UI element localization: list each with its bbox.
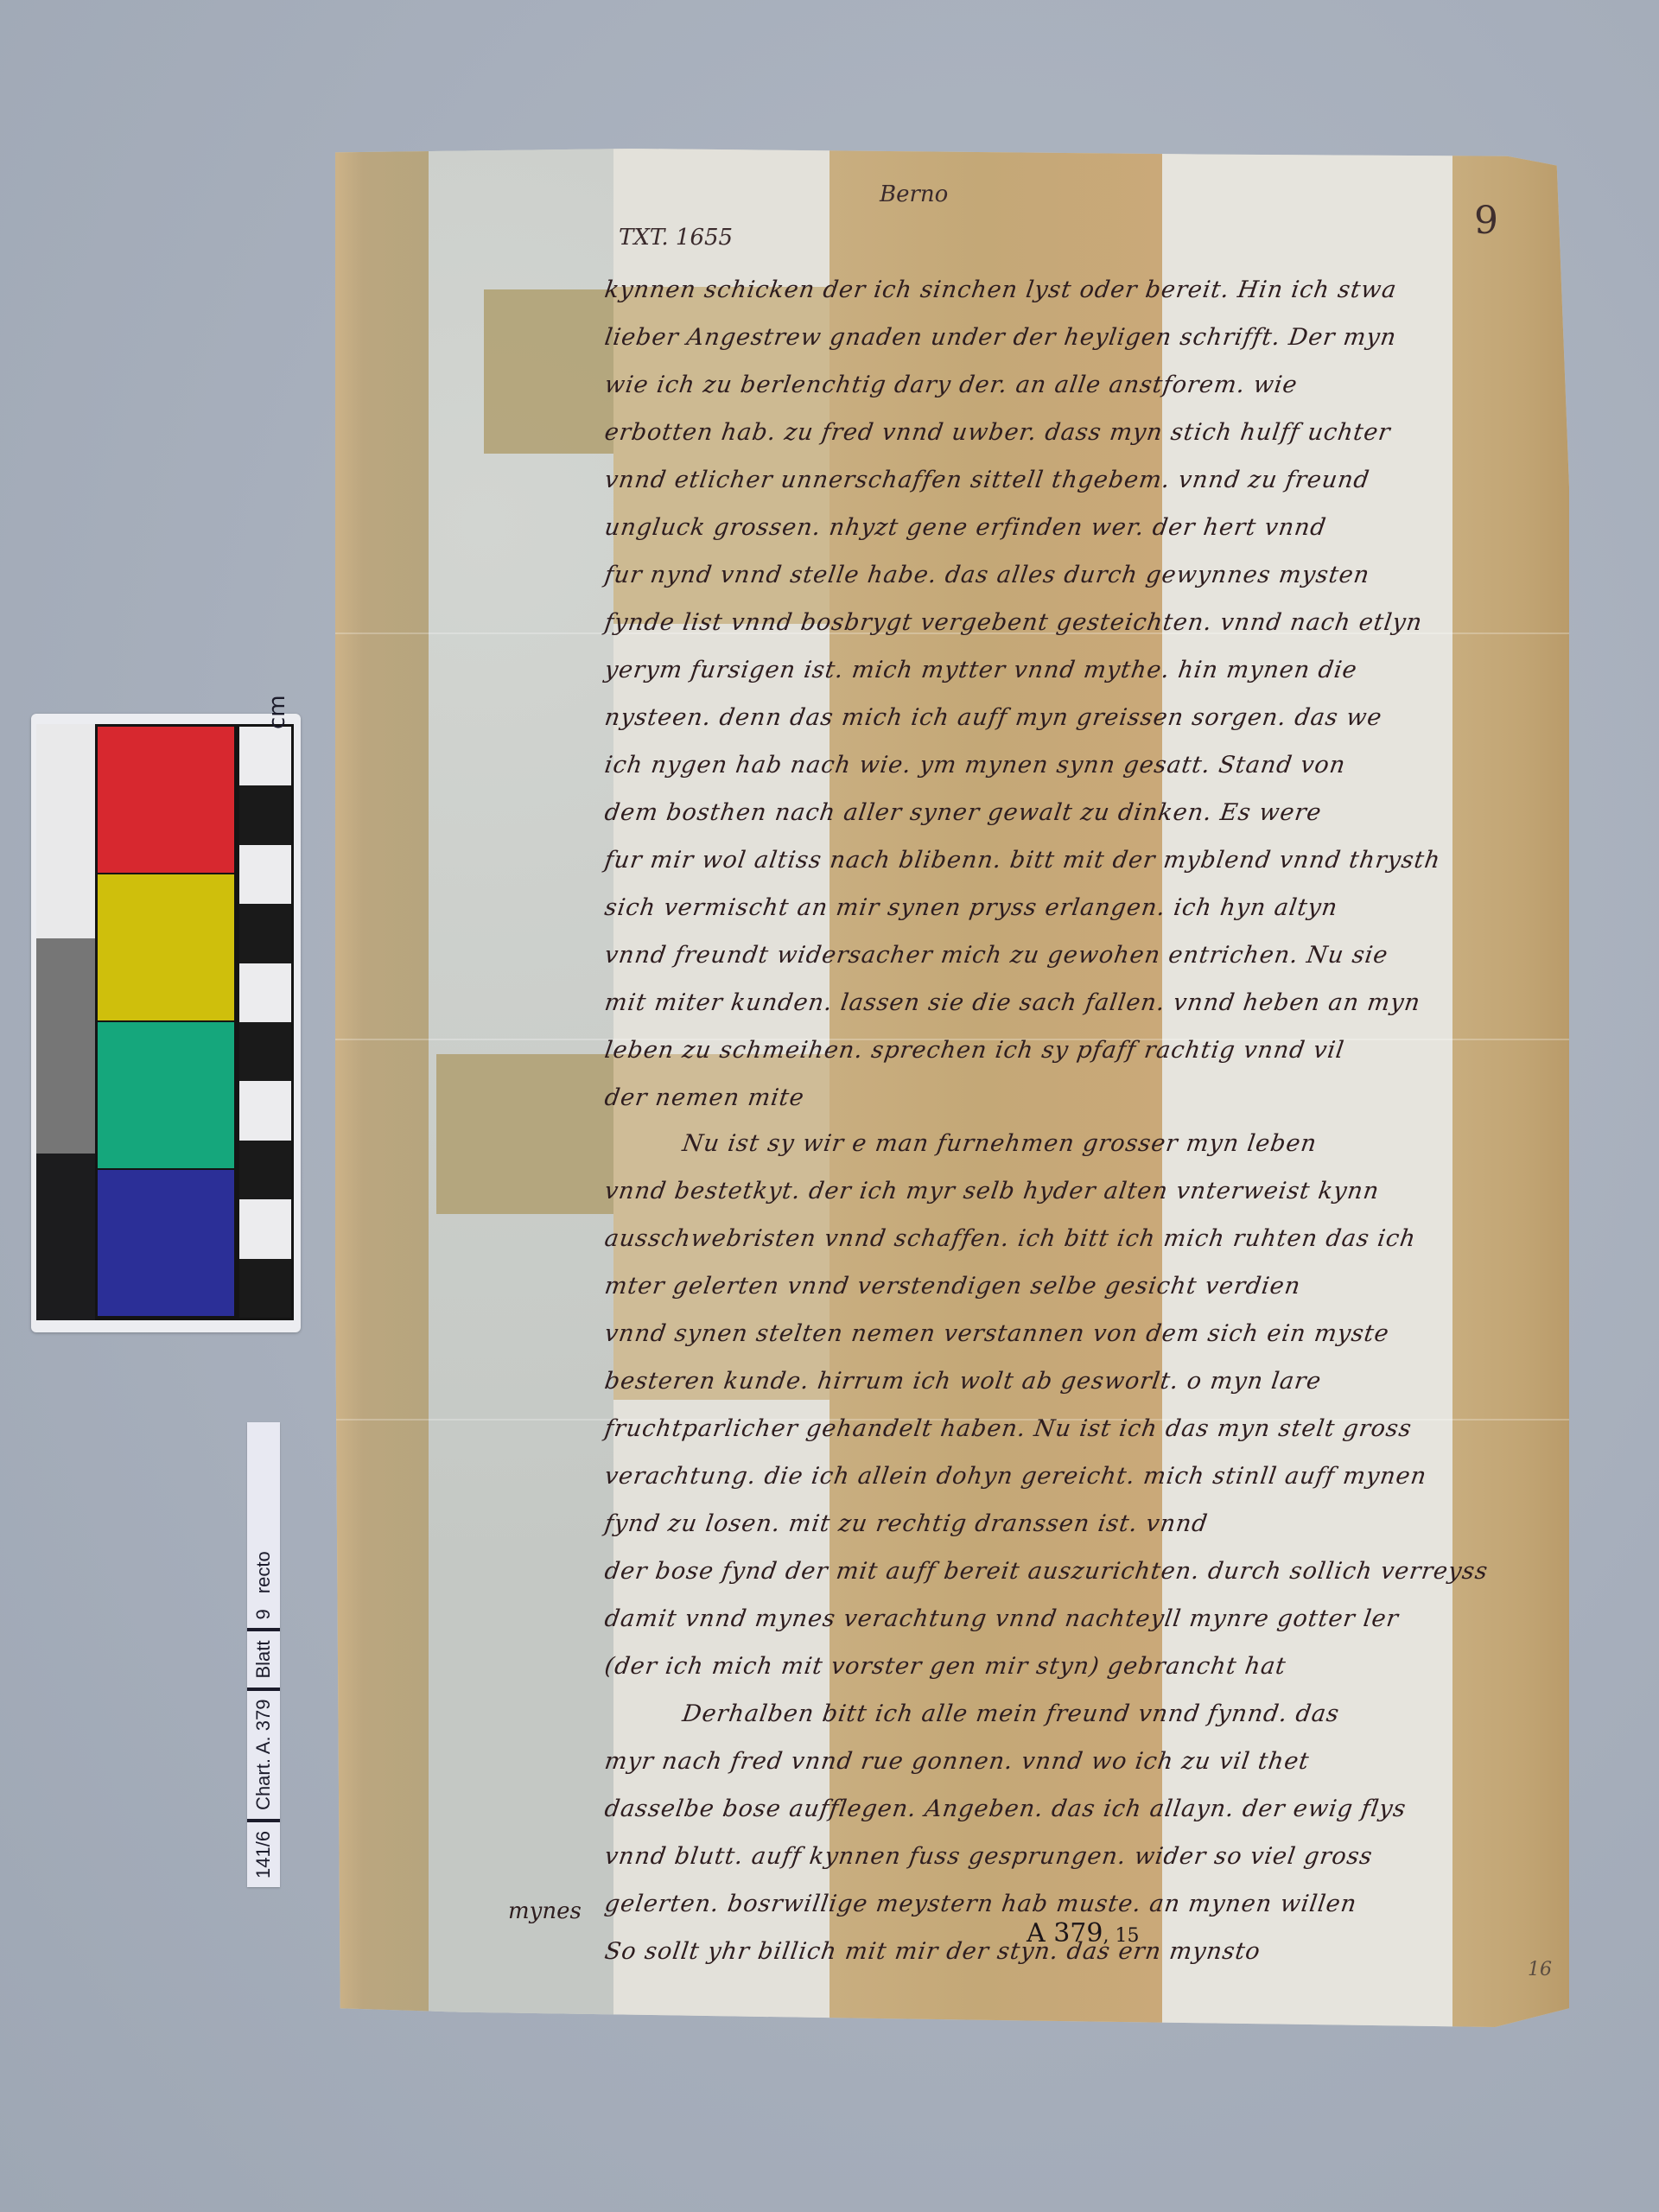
shelfmark-label: 141/6 Chart. A. 379 Blatt 9recto: [247, 1422, 280, 1887]
corner-pencil-number: 16: [1528, 1959, 1552, 1980]
text-line: (der ich mich mit vorster gen mir styn) …: [603, 1653, 1288, 1680]
top-annotation: Berno: [880, 181, 948, 207]
text-line: fur nynd vnnd stelle habe. das alles dur…: [603, 562, 1371, 588]
label-segment-shelfmark: Chart. A. 379: [247, 1688, 280, 1819]
text-line: vnnd bestetkyt. der ich myr selb hyder a…: [603, 1178, 1382, 1205]
text-line: So sollt yhr billich mit mir der styn. d…: [603, 1938, 1262, 1965]
text-line: leben zu schmeihen. sprechen ich sy pfaf…: [603, 1037, 1346, 1064]
color-patches: [95, 724, 237, 1320]
text-line: der bose fynd der mit auff bereit auszur…: [603, 1558, 1490, 1585]
tape-patch-upper-left: [484, 289, 613, 454]
grayscale-patches: [36, 724, 95, 1320]
gray-patch-white: [36, 724, 95, 938]
text-line: besteren kunde. hirrum ich wolt ab geswo…: [603, 1368, 1324, 1395]
right-tape-strip: [1452, 149, 1569, 2027]
tape-patch-middle-left: [436, 1054, 613, 1214]
text-line: dem bosthen nach aller syner gewalt zu d…: [603, 799, 1324, 826]
text-line: vnnd blutt. auff kynnen fuss gesprungen.…: [603, 1843, 1375, 1870]
outer-tan-repair-strip: [335, 149, 429, 2027]
text-line: fruchtparlicher gehandelt haben. Nu ist …: [603, 1415, 1414, 1442]
text-line: mit miter kunden. lassen sie die sach fa…: [603, 989, 1422, 1016]
text-line: myr nach fred vnnd rue gonnen. vnnd wo i…: [603, 1748, 1312, 1775]
color-patch-red: [98, 727, 234, 873]
centimeter-scale: [237, 724, 294, 1320]
gray-patch-mid: [36, 938, 95, 1153]
text-line: vnnd freundt widersacher mich zu gewohen…: [603, 942, 1390, 969]
manuscript-leaf: Berno TXT. 1655 9 kynnen schicken der ic…: [335, 149, 1569, 2027]
text-line: vnnd etlicher unnerschaffen sittell thge…: [603, 467, 1371, 493]
gray-patch-black: [36, 1154, 95, 1320]
text-line: gelerten. bosrwillige meystern hab muste…: [603, 1891, 1359, 1917]
text-line: wie ich zu berlenchtig dary der. an alle…: [603, 372, 1300, 398]
color-patch-blue: [98, 1170, 234, 1316]
text-line: dasselbe bose aufflegen. Angeben. das ic…: [603, 1796, 1408, 1822]
folio-number: 9: [1474, 199, 1498, 243]
cm-unit-label: cm: [264, 695, 290, 729]
color-calibration-card: cm: [31, 714, 301, 1332]
text-line: damit vnnd mynes verachtung vnnd nachtey…: [603, 1605, 1401, 1632]
text-line: verachtung. die ich allein dohyn gereich…: [603, 1463, 1428, 1490]
catalog-number: A 379, 15: [1027, 1918, 1139, 1948]
text-line: Nu ist sy wir e man furnehmen grosser my…: [681, 1130, 1319, 1157]
text-line: ich nygen hab nach wie. ym mynen synn ge…: [603, 752, 1348, 779]
text-line: Derhalben bitt ich alle mein freund vnnd…: [681, 1700, 1341, 1727]
color-patch-green: [98, 1022, 234, 1168]
text-line: kynnen schicken der ich sinchen lyst ode…: [603, 276, 1399, 303]
text-line: yerym fursigen ist. mich mytter vnnd myt…: [603, 657, 1359, 683]
text-line: fur mir wol altiss nach blibenn. bitt mi…: [603, 847, 1442, 874]
text-line: fynde list vnnd bosbrygt vergebent geste…: [603, 609, 1424, 636]
text-line: der nemen mite: [603, 1084, 806, 1111]
text-line: nysteen. denn das mich ich auff myn grei…: [603, 704, 1384, 731]
text-line: vnnd synen stelten nemen verstannen von …: [603, 1320, 1391, 1347]
text-line: fynd zu losen. mit zu rechtig dranssen i…: [603, 1510, 1210, 1537]
text-line: ungluck grossen. nhyzt gene erfinden wer…: [603, 514, 1328, 541]
color-patch-yellow: [98, 874, 234, 1020]
heading-annotation: TXT. 1655: [619, 225, 733, 251]
text-line: ausschwebristen vnnd schaffen. ich bitt …: [603, 1225, 1418, 1252]
marginal-note: mynes: [508, 1898, 582, 1924]
text-line: sich vermischt an mir synen pryss erlang…: [603, 894, 1339, 921]
text-line: erbotten hab. zu fred vnnd uwber. dass m…: [603, 419, 1393, 446]
text-line: mter gelerten vnnd verstendigen selbe ge…: [603, 1273, 1303, 1300]
text-line: lieber Angestrew gnaden under der heylig…: [603, 324, 1398, 351]
label-segment-blatt: Blatt: [247, 1628, 280, 1687]
label-segment-folio: 9recto: [247, 1542, 280, 1628]
label-segment-collection: 141/6: [247, 1819, 280, 1887]
